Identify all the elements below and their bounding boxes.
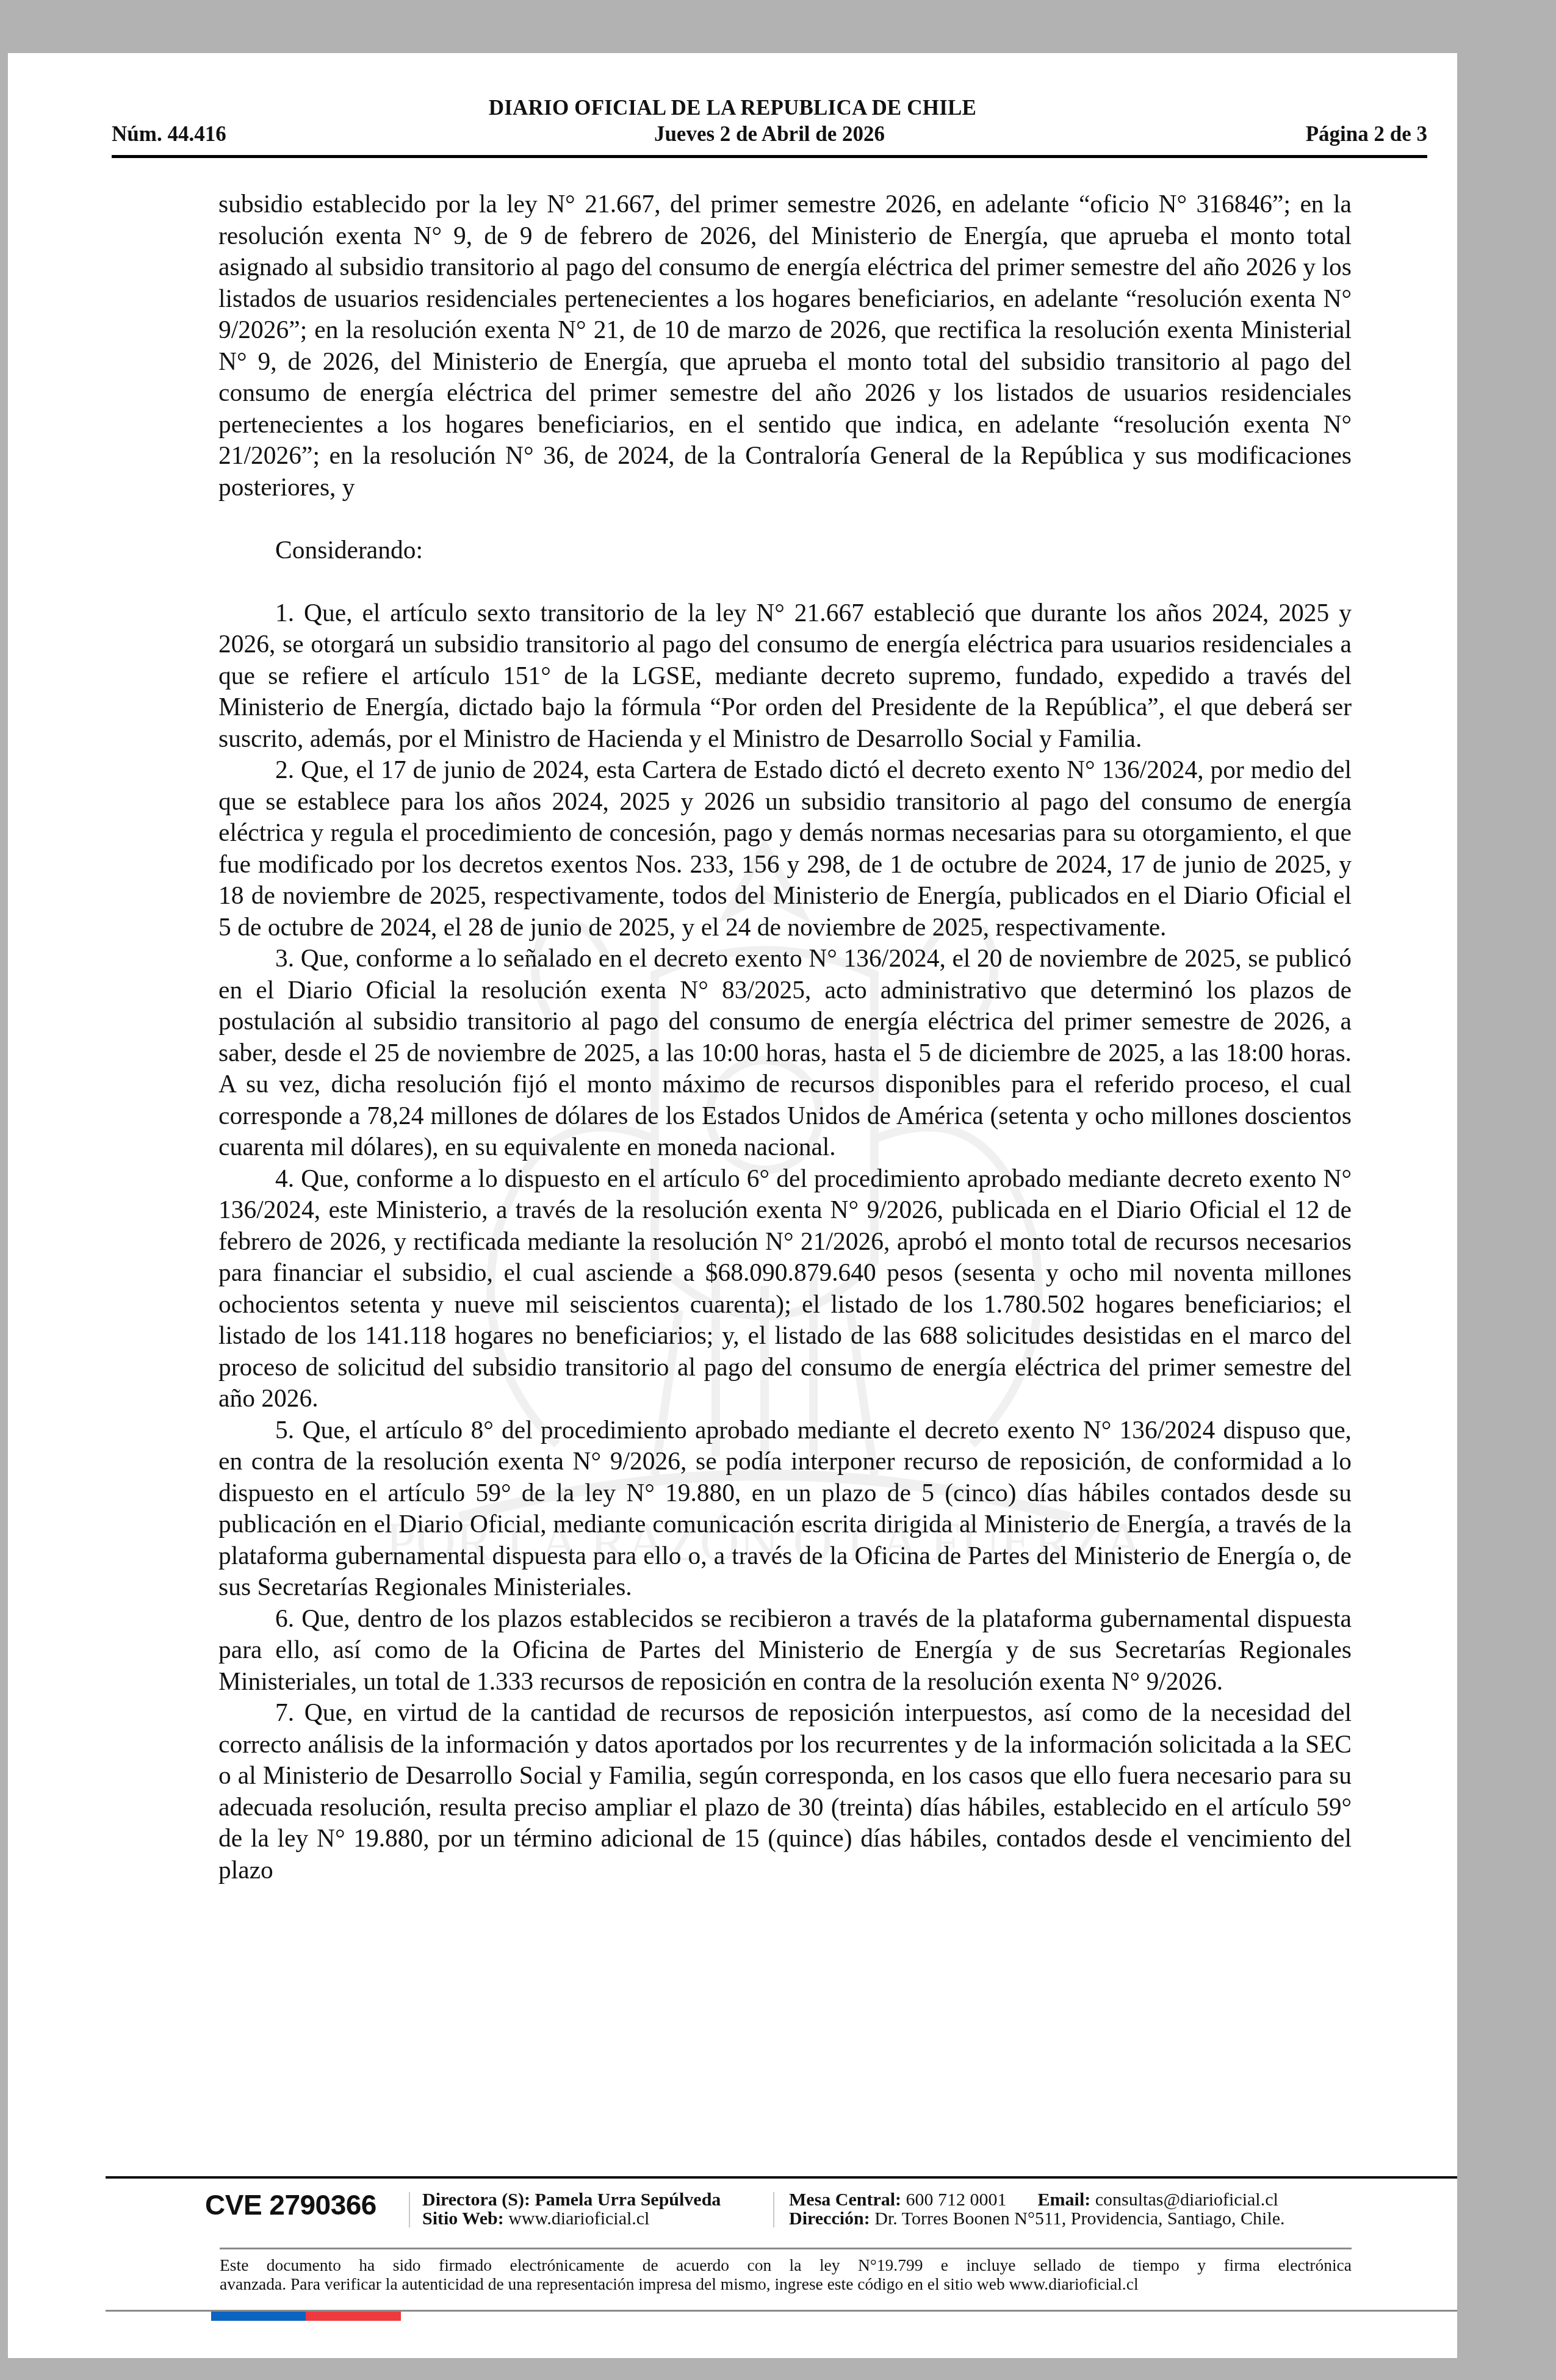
email-link[interactable]: consultas@diarioficial.cl [1095, 2190, 1278, 2210]
paragraph-2: 2. Que, el 17 de junio de 2024, esta Car… [218, 754, 1352, 943]
intro-paragraph: subsidio establecido por la ley N° 21.66… [218, 189, 1352, 503]
director-label: Directora (S): [422, 2190, 530, 2210]
paragraph-6: 6. Que, dentro de los plazos establecido… [218, 1603, 1352, 1698]
website-label: Sitio Web: [422, 2209, 504, 2229]
flag-stripe-red [306, 2312, 401, 2321]
paragraph-5: 5. Que, el artículo 8° del procedimiento… [218, 1415, 1352, 1603]
flag-stripe-blue [211, 2312, 306, 2321]
footer-divider-top [106, 2176, 1457, 2179]
footer-director-column: Directora (S): Pamela Urra Sepúlveda Sit… [422, 2190, 721, 2228]
cve-code: CVE 2790366 [205, 2189, 376, 2221]
disclaimer-line-1: Este documento ha sido firmado electróni… [220, 2256, 1352, 2274]
director-name: Pamela Urra Sepúlveda [535, 2190, 721, 2210]
header-row: Núm. 44.416 Jueves 2 de Abril de 2026 Pá… [112, 121, 1427, 147]
document-body: subsidio establecido por la ley N° 21.66… [218, 189, 1352, 1886]
address-label: Dirección: [789, 2209, 870, 2229]
paragraph-4: 4. Que, conforme a lo dispuesto en el ar… [218, 1163, 1352, 1415]
signature-disclaimer: Este documento ha sido firmado electróni… [220, 2256, 1352, 2293]
footer-column-divider [409, 2192, 410, 2227]
phone-label: Mesa Central: [789, 2190, 901, 2210]
considerando-heading: Considerando: [218, 535, 1352, 566]
phone-number: 600 712 0001 [906, 2190, 1007, 2210]
document-page: POR LA RAZÓN O LA FUERZA DIARIO OFICIAL … [8, 53, 1457, 2358]
header-divider [112, 155, 1427, 158]
footer-divider-middle [220, 2248, 1352, 2249]
website-link[interactable]: www.diarioficial.cl [508, 2209, 649, 2229]
disclaimer-line-2: avanzada. Para verificar la autenticidad… [220, 2274, 1352, 2293]
paragraph-1: 1. Que, el artículo sexto transitorio de… [218, 597, 1352, 755]
footer-column-divider [773, 2192, 774, 2227]
paragraph-7: 7. Que, en virtud de la cantidad de recu… [218, 1697, 1352, 1886]
newspaper-title: DIARIO OFICIAL DE LA REPUBLICA DE CHILE [8, 96, 1457, 120]
paragraph-3: 3. Que, conforme a lo señalado en el dec… [218, 943, 1352, 1163]
email-label: Email: [1038, 2190, 1091, 2210]
issue-date: Jueves 2 de Abril de 2026 [112, 121, 1427, 147]
page-indicator: Página 2 de 3 [1306, 121, 1427, 147]
footer-contact-column: Mesa Central: 600 712 0001 Email: consul… [789, 2190, 1285, 2228]
address: Dr. Torres Boonen N°511, Providencia, Sa… [874, 2209, 1284, 2229]
